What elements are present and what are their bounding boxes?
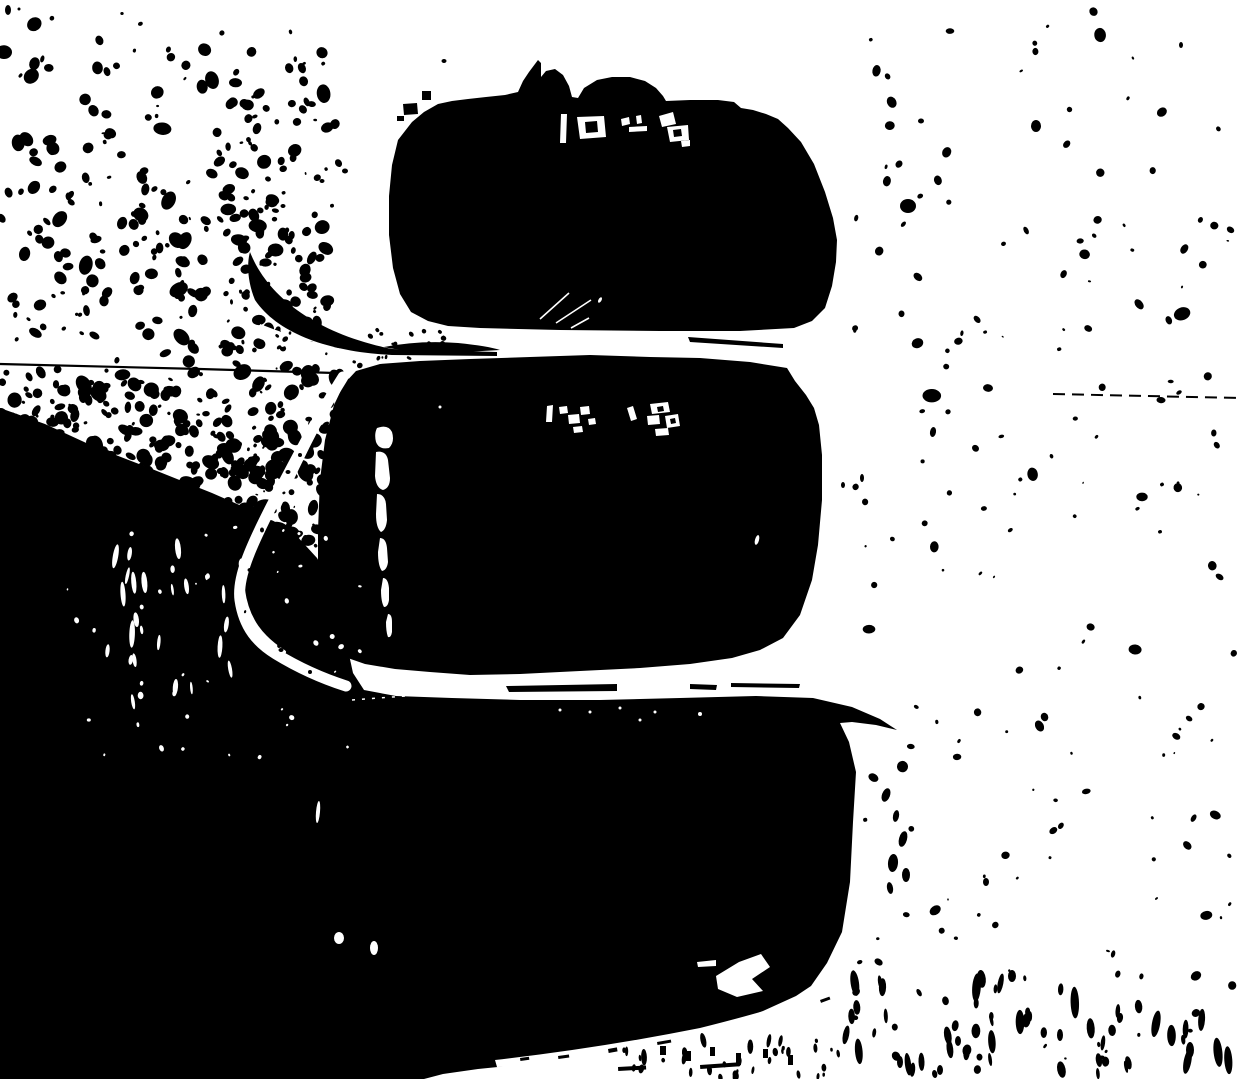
speckle-field-right-large xyxy=(867,27,1192,917)
band-sliver-right xyxy=(688,337,783,348)
speckle-field-right xyxy=(851,6,1238,1063)
binarized-photo xyxy=(0,0,1240,1079)
top-object-silhouette xyxy=(389,60,837,331)
middle-object-silhouette xyxy=(318,355,822,675)
binarized-photo-page xyxy=(0,0,1240,1079)
hairline-right xyxy=(1053,394,1240,398)
